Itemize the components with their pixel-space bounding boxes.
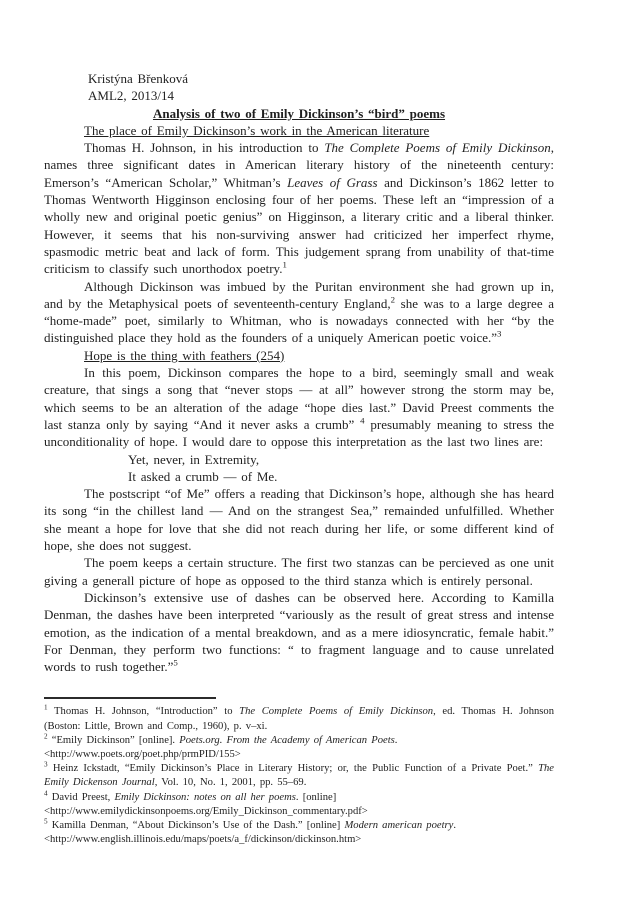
author-name: Kristýna Břenková [44, 70, 554, 87]
section-heading-place-in-literature: The place of Emily Dickinson’s work in t… [44, 122, 554, 139]
section-heading-hope-feathers: Hope is the thing with feathers (254) [44, 347, 554, 364]
footnote-1: 1 Thomas H. Johnson, “Introduction” to T… [44, 705, 554, 733]
paragraph-johnson-introduction: Thomas H. Johnson, in his introduction t… [44, 139, 554, 277]
verse-line-2: It asked a crumb — of Me. [44, 468, 554, 485]
document-title: Analysis of two of Emily Dickinson’s “bi… [44, 105, 554, 122]
footnote-separator [44, 697, 216, 699]
footnote-3: 3 Heinz Ickstadt, “Emily Dickinson’s Pla… [44, 762, 554, 790]
footnote-2: 2 “Emily Dickinson” [online]. Poets.org.… [44, 734, 554, 762]
paragraph-puritan-environment: Although Dickinson was imbued by the Pur… [44, 278, 554, 347]
footnote-4: 4 David Preest, Emily Dickinson: notes o… [44, 791, 554, 819]
paragraph-postscript-of-me: The postscript “of Me” offers a reading … [44, 485, 554, 554]
paragraph-poem-structure: The poem keeps a certain structure. The … [44, 554, 554, 589]
course-line: AML2, 2013/14 [44, 87, 554, 104]
paragraph-hope-bird-comparison: In this poem, Dickinson compares the hop… [44, 364, 554, 450]
paragraph-use-of-dashes: Dickinson’s extensive use of dashes can … [44, 589, 554, 675]
footnotes-section: 1 Thomas H. Johnson, “Introduction” to T… [44, 705, 554, 847]
verse-line-1: Yet, never, in Extremity, [44, 451, 554, 468]
footnote-5: 5 Kamilla Denman, “About Dickinson’s Use… [44, 819, 554, 847]
document-page: Kristýna Břenková AML2, 2013/14 Analysis… [0, 0, 638, 903]
